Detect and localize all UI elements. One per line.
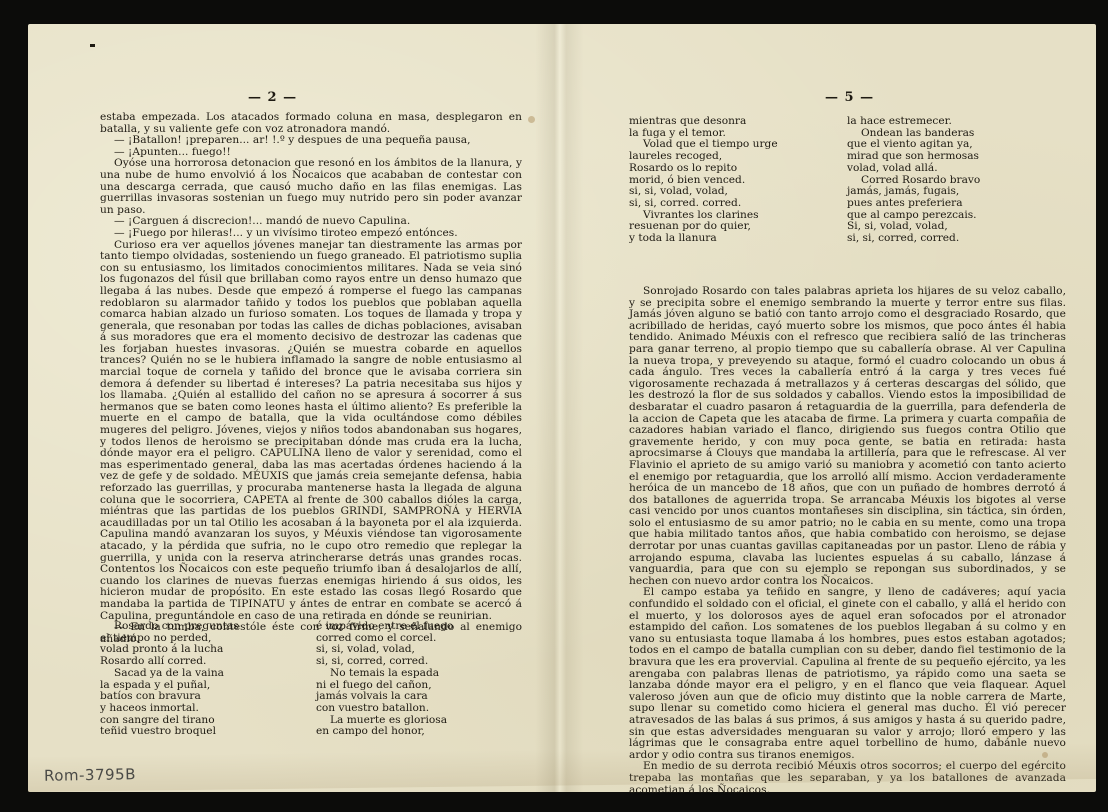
paragraph: Sonrojado Rosardo con tales palabras apr… xyxy=(629,286,1066,587)
verse-line: en campo del honor, xyxy=(316,726,453,738)
verse-line: Rosardo con preguntas xyxy=(100,621,239,633)
right-page-verse-column-2: la hace estremecer.Ondean las banderasqu… xyxy=(847,116,980,245)
right-page-prose: Sonrojado Rosardo con tales palabras apr… xyxy=(629,286,1066,796)
verse-line: teñid vuestro broquel xyxy=(100,726,239,738)
left-page-verse-column-1: Rosardo con preguntasel tiempo no perded… xyxy=(100,621,239,738)
page-number-right: — 5 — xyxy=(825,90,874,105)
verse-line: No temais la espada xyxy=(316,668,453,680)
verse-line: si, si, corred. corred. xyxy=(629,198,778,210)
right-page-verse-column-1: mientras que desonrala fuga y el temor.V… xyxy=(629,116,778,245)
paragraph: Oyóse una horrorosa detonacion que reson… xyxy=(100,158,522,216)
paper-stain xyxy=(528,116,535,123)
paragraph: estaba empezada. Los atacados formado co… xyxy=(100,112,522,135)
page-number-left: — 2 — xyxy=(248,90,297,105)
verse-line: y haceos inmortal. xyxy=(100,703,239,715)
verse-line: la hace estremecer. xyxy=(847,116,980,128)
newspaper-spread: — 2 — estaba empezada. Los atacados form… xyxy=(28,24,1096,792)
verse-line: Sacad ya de la vaina xyxy=(100,668,239,680)
paragraph: Curioso era ver aquellos jóvenes manejar… xyxy=(100,240,522,623)
ink-mark xyxy=(90,44,95,47)
paragraph: El campo estaba ya teñido en sangre, y l… xyxy=(629,587,1066,761)
verse-line: volad, volad allá. xyxy=(847,163,980,175)
verse-line: si, si, corred, corred. xyxy=(847,233,980,245)
verse-line: pues antes preferiera xyxy=(847,198,980,210)
verse-line: é impávido entre el fuego xyxy=(316,621,453,633)
right-page: — 5 — mientras que desonrala fuga y el t… xyxy=(563,24,1096,792)
verse-line: Rosardo os lo repito xyxy=(629,163,778,175)
verse-line: y toda la llanura xyxy=(629,233,778,245)
verse-line: mientras que desonra xyxy=(629,116,778,128)
archive-call-number: Rom-3795B xyxy=(44,765,136,785)
left-page-verse-column-2: é impávido entre el fuegocorred como el … xyxy=(316,621,453,738)
left-page-prose: estaba empezada. Los atacados formado co… xyxy=(100,112,522,645)
left-page: — 2 — estaba empezada. Los atacados form… xyxy=(28,24,548,792)
paper-stain xyxy=(996,736,1000,740)
verse-line: con vuestro batallon. xyxy=(316,703,453,715)
paper-stain xyxy=(1042,752,1048,758)
paragraph: — ¡Fuego por hileras!... y un vivísimo t… xyxy=(100,228,522,240)
paragraph: En medio de su derrota recibió Méuxis ot… xyxy=(629,761,1066,796)
